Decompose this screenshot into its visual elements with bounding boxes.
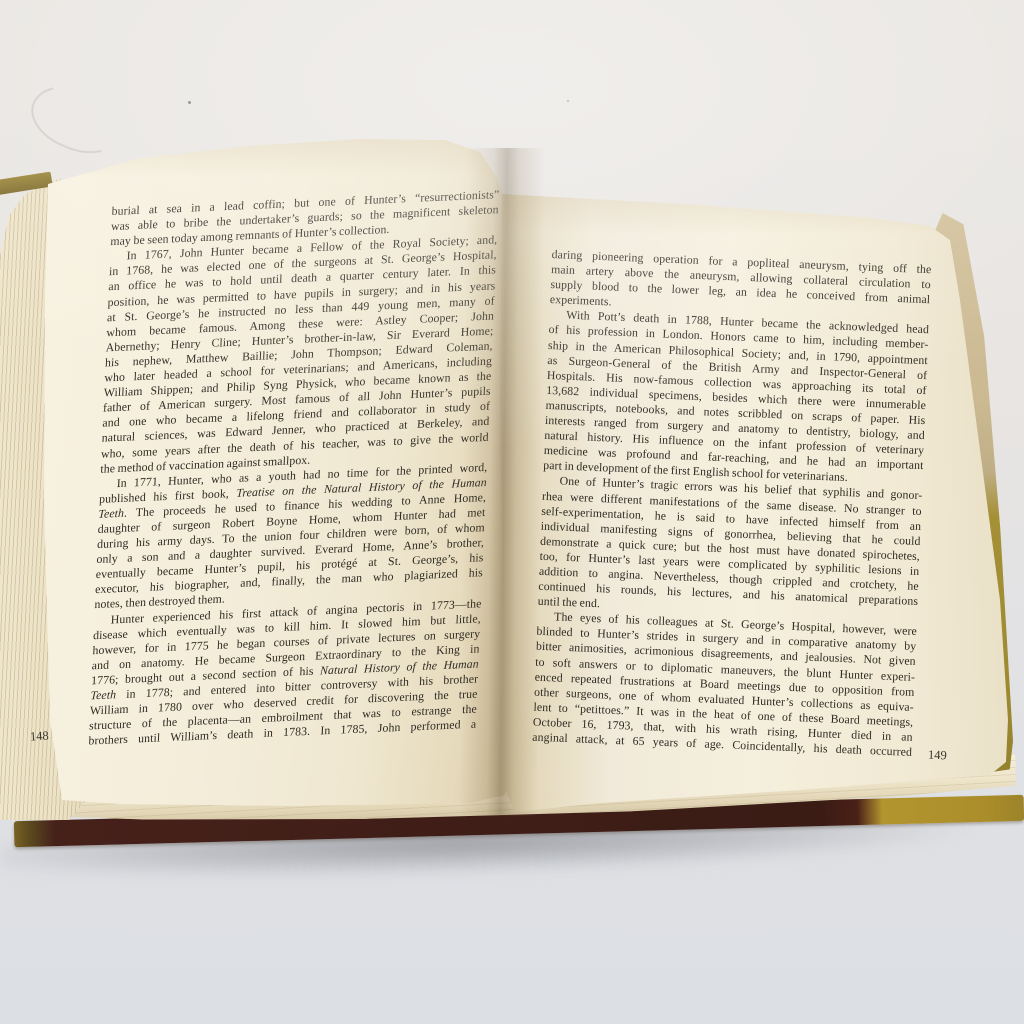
open-book: burial at sea in a lead coffin; but one … [0, 0, 1024, 1024]
photo-background: burial at sea in a lead coffin; but one … [0, 0, 1024, 1024]
right-page-text: daring pioneering operation for a poplit… [532, 247, 932, 760]
left-page-text: burial at sea in a lead coffin; but one … [88, 187, 499, 749]
left-page-number: 148 [30, 729, 50, 745]
right-page-number: 149 [928, 748, 947, 764]
